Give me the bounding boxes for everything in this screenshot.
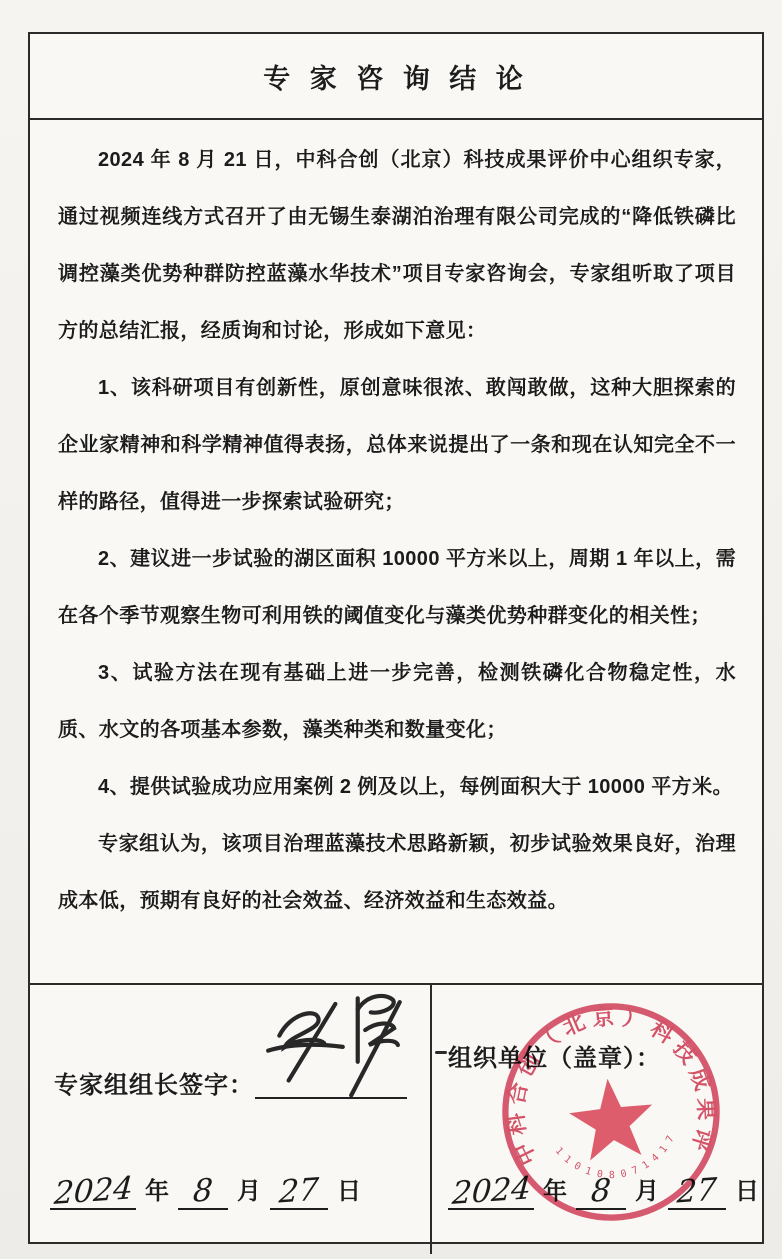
- handwritten-signature: [260, 989, 420, 1101]
- paragraph-conclusion: 专家组认为，该项目治理蓝藻技术思路新颖，初步试验效果良好，治理成本低，预期有良好…: [58, 816, 736, 930]
- day-label: 日: [337, 1179, 361, 1210]
- signature-section: 专家组组长签字： 2024 年 8 月 27 日: [30, 985, 762, 1254]
- date-day-slot: 27: [270, 1176, 328, 1210]
- page-title: 专 家 咨 询 结 论: [263, 57, 529, 96]
- expert-signature-label: 专家组组长签字：: [54, 1065, 254, 1100]
- paragraph-item-1: 1、该科研项目有创新性，原创意味很浓、敢闯敢做，这种大胆探索的企业家精神和科学精…: [58, 360, 736, 531]
- organization-seal-cell: 组织单位（盖章）： 中科合创（北京）科技成果评价中心 110108071417 …: [432, 985, 762, 1254]
- stamp-star: [566, 1074, 657, 1162]
- stamp-ring-text: 中科合创（北京）科技成果评价中心: [485, 986, 725, 1177]
- title-box: 专 家 咨 询 结 论: [30, 34, 762, 120]
- paragraph-item-3: 3、试验方法在现有基础上进一步完善，检测铁磷化合物稳定性，水质、水文的各项基本参…: [58, 645, 736, 759]
- document-body: 2024 年 8 月 21 日，中科合创（北京）科技成果评价中心组织专家，通过视…: [30, 120, 762, 985]
- official-red-stamp: 中科合创（北京）科技成果评价中心 110108071417: [485, 986, 738, 1239]
- paragraph-item-4: 4、提供试验成功应用案例 2 例及以上，每例面积大于 10000 平方米。: [58, 759, 736, 816]
- month-label: 月: [237, 1179, 261, 1210]
- svg-text:中科合创（北京）科技成果评价中心: 中科合创（北京）科技成果评价中心: [485, 986, 725, 1177]
- date-year-value: 2024: [51, 1173, 136, 1211]
- date-day-value: 27: [276, 1174, 322, 1209]
- stray-pen-mark: [435, 1051, 447, 1054]
- paragraph-intro: 2024 年 8 月 21 日，中科合创（北京）科技成果评价中心组织专家，通过视…: [58, 132, 736, 360]
- date-year-slot: 2024: [50, 1176, 136, 1210]
- document-sheet: 专 家 咨 询 结 论 2024 年 8 月 21 日，中科合创（北京）科技成果…: [28, 32, 764, 1244]
- year-label: 年: [145, 1179, 169, 1210]
- paragraph-item-2: 2、建议进一步试验的湖区面积 10000 平方米以上，周期 1 年以上，需在各个…: [58, 531, 736, 645]
- expert-signature-cell: 专家组组长签字： 2024 年 8 月 27 日: [30, 985, 432, 1254]
- date-month-value: 8: [190, 1175, 216, 1209]
- date-month-slot: 8: [178, 1176, 228, 1210]
- day-label: 日: [735, 1179, 759, 1210]
- expert-date-line: 2024 年 8 月 27 日: [50, 1176, 361, 1210]
